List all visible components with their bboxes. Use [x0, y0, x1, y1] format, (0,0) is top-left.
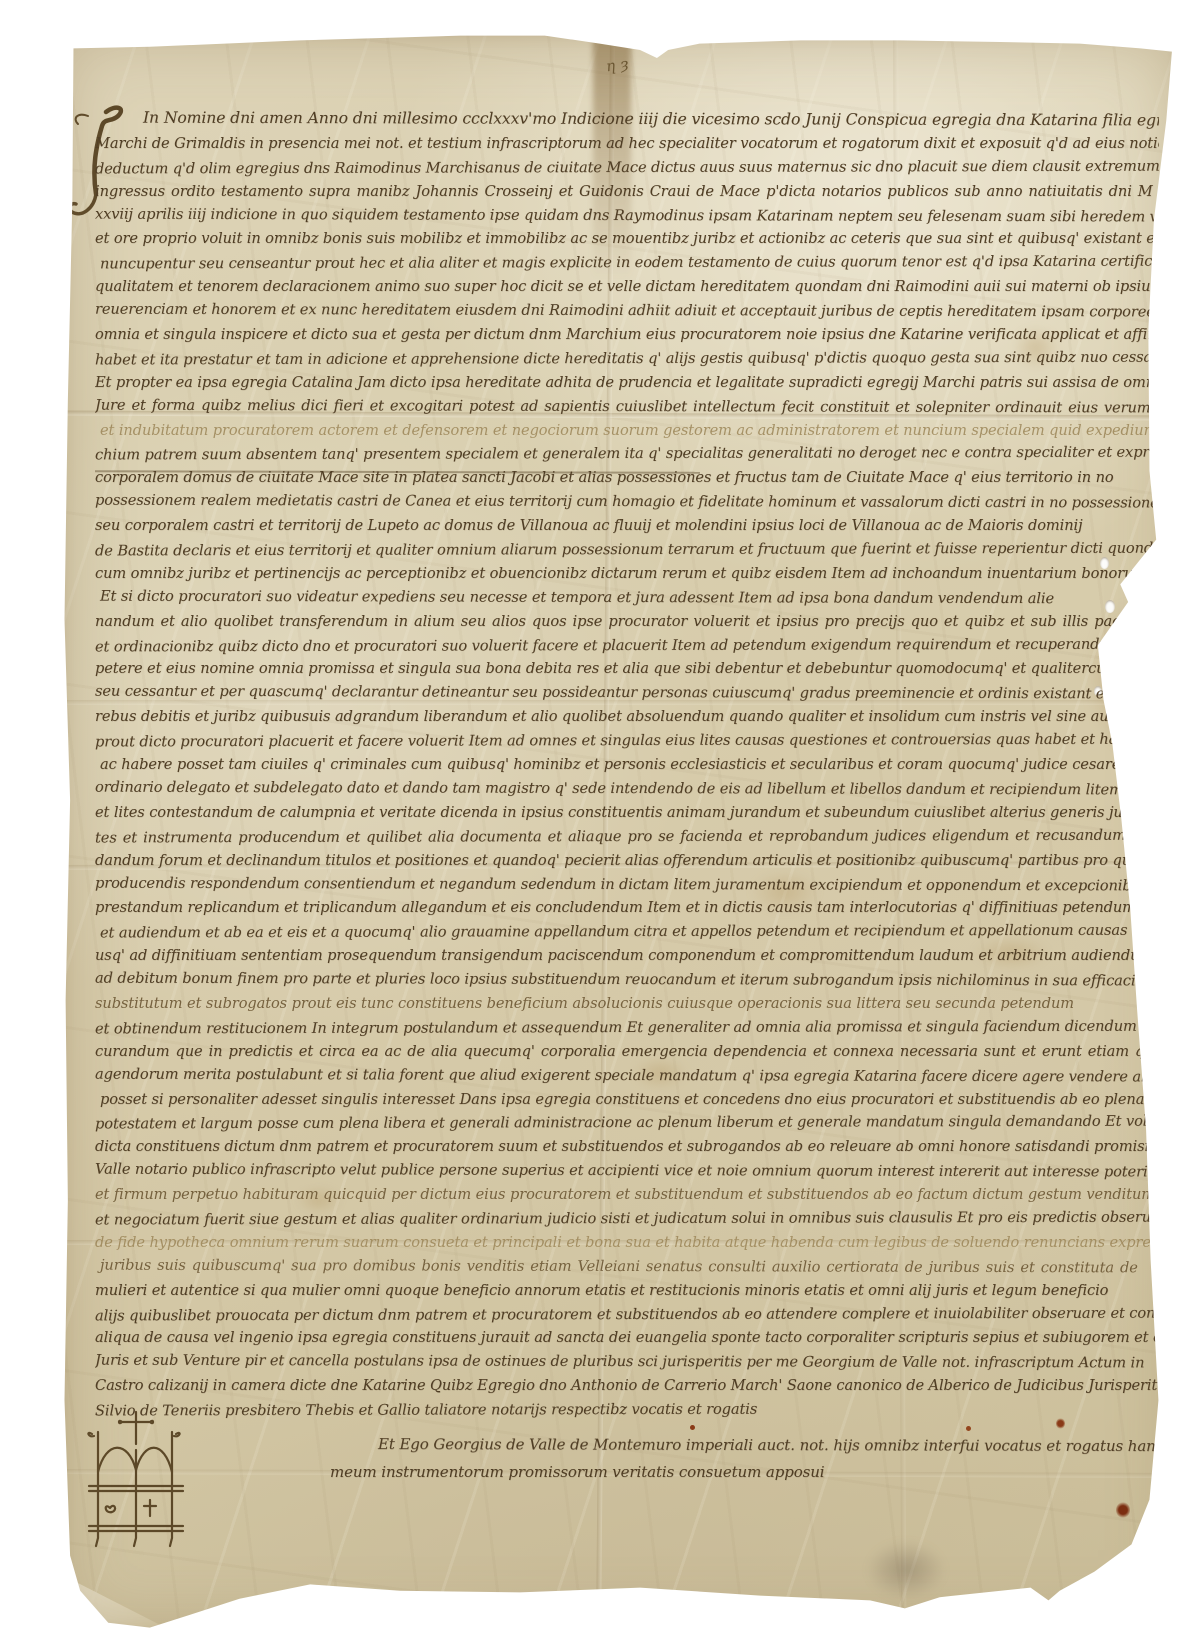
signum-left-arch: [98, 1448, 136, 1472]
manuscript-line-8: qualitatem et tenorem declaracionem anim…: [95, 275, 1159, 299]
manuscript-text-block: In Nomine dni amen Anno dni millesimo cc…: [95, 108, 1159, 1422]
signum-right-post: [170, 1432, 172, 1546]
signum-cross-bar: [119, 1421, 153, 1423]
manuscript-line-38: substitutum et subrogatos prout eis tunc…: [95, 992, 1159, 1016]
signum-left-post: [96, 1432, 98, 1546]
manuscript-line-6: et ore proprio voluit in omnibz bonis su…: [95, 227, 1159, 251]
photo-background: { "document": { "kind_label": "Medieval …: [0, 0, 1200, 1641]
manuscript-line-51: alijs quibuslibet prouocata per dictum d…: [95, 1301, 1159, 1328]
manuscript-line-22: nandum et alio quolibet transferendum in…: [95, 610, 1159, 634]
manuscript-line-31: tes et instrumenta producendum et quilib…: [95, 823, 1159, 850]
manuscript-line-36: usq' ad diffinitiuam sententiam proseque…: [95, 944, 1159, 968]
manuscript-line-27: prout dicto procuratori placuerit et fac…: [95, 728, 1159, 755]
manuscript-line-17: possessionem realem medietatis castri de…: [95, 489, 1159, 516]
manuscript-line-5: xxviij aprilis iiij indicione in quo siq…: [95, 202, 1159, 229]
manuscript-line-40: curandum que in predictis et circa ea ac…: [95, 1040, 1159, 1064]
signum-left-flag: [88, 1433, 94, 1436]
red-dot: [966, 1426, 971, 1431]
manuscript-line-44: dicta constituens dictum dnm patrem et p…: [95, 1135, 1159, 1159]
manuscript-line-32: dandum forum et declinandum titulos et p…: [95, 849, 1159, 873]
manuscript-line-43: potestatem et largum posse cum plena lib…: [95, 1110, 1159, 1137]
manuscript-line-35: et audiendum et ab ea et eis et a quocum…: [100, 919, 1159, 946]
manuscript-line-26: rebus debitis et juribz quibusuis adgran…: [95, 705, 1159, 729]
manuscript-line-14: et indubitatum procuratorem actorem et d…: [100, 419, 1159, 443]
notary-subscription: Et Ego Georgius de Valle de Montemuro im…: [330, 1432, 1090, 1485]
signum-compartment-loop: [106, 1506, 115, 1512]
manuscript-line-30: et lites contestandum de calumpnia et ve…: [95, 801, 1159, 825]
subscription-line-2: meum instrumentorum promissorum veritati…: [330, 1459, 1090, 1486]
manuscript-line-11: habet et ita prestatur et tam in adicion…: [95, 346, 1159, 373]
signum-compartment-cross: [144, 1500, 156, 1516]
manuscript-line-13: Jure et forma quibz melius dici fieri et…: [95, 393, 1159, 420]
manuscript-line-28: ac habere posset tam ciuiles q' criminal…: [100, 753, 1159, 777]
manuscript-line-19: de Bastita declaris et eius territorij e…: [95, 537, 1159, 564]
manuscript-line-7: nuncupentur seu censeantur prout hec et …: [100, 250, 1159, 277]
red-dot: [690, 1425, 695, 1430]
corner-fold: [62, 1548, 174, 1632]
manuscript-line-52: aliqua de causa vel ingenio ipsa egregia…: [95, 1326, 1159, 1350]
manuscript-line-24: petere et eius nomine omnia promissa et …: [95, 657, 1159, 681]
notarial-signum: [84, 1410, 188, 1554]
manuscript-line-16: corporalem domus de ciuitate Mace site i…: [95, 466, 1159, 490]
parchment-sheet: ƞ ȝ In Nomine dni amen Anno dni millesim…: [60, 34, 1182, 1634]
manuscript-line-54: Castro calizanij in camera dicte dne Kat…: [95, 1374, 1159, 1398]
manuscript-line-42: posset si personaliter adesset singulis …: [100, 1088, 1159, 1112]
manuscript-line-18: seu corporalem castri et territorij de L…: [95, 514, 1159, 538]
manuscript-line-41: agendorum merita postulabunt et si talia…: [95, 1062, 1159, 1089]
manuscript-line-12: Et propter ea ipsa egregia Catalina Jam …: [95, 371, 1159, 395]
manuscript-line-47: et negociatum fuerit siue gestum et alia…: [95, 1206, 1159, 1233]
manuscript-line-50: mulieri et autentice si qua mulier omni …: [95, 1279, 1159, 1303]
manuscript-line-10: omnia et singula inspicere et dicto sua …: [95, 323, 1159, 347]
manuscript-line-21: Et si dicto procuratori suo videatur exp…: [100, 584, 1159, 611]
manuscript-line-53: Juris et sub Venture pir et cancella pos…: [95, 1349, 1159, 1376]
signum-right-flag: [174, 1433, 180, 1436]
manuscript-line-55: Silvio de Teneriis presbitero Thebis et …: [95, 1397, 1159, 1422]
manuscript-line-9: reuerenciam et honorem et ex nunc heredi…: [95, 298, 1159, 325]
manuscript-line-3: deductum q'd olim egregius dns Raimodinu…: [95, 154, 1159, 181]
manuscript-line-15: chium patrem suum absentem tanq' present…: [95, 441, 1159, 468]
manuscript-line-2: Marchi de Grimaldis in presencia mei not…: [95, 132, 1159, 156]
manuscript-line-34: prestandum replicandum et triplicandum a…: [95, 896, 1159, 920]
manuscript-line-25: seu cessantur et per quascumq' declarant…: [95, 680, 1159, 707]
manuscript-line-20: cum omnibz juribz et pertinencijs ac per…: [95, 562, 1159, 586]
manuscript-line-46: et firmum perpetuo habituram quicquid pe…: [95, 1183, 1159, 1207]
manuscript-line-48: de fide hypotheca omnium rerum suarum co…: [95, 1231, 1159, 1255]
red-wax-spot: [1116, 1502, 1130, 1518]
initial-flourish: [76, 115, 88, 124]
manuscript-line-45: Valle notario publico infrascripto velut…: [95, 1158, 1159, 1185]
initial-tail: [70, 194, 96, 214]
subscription-line-1: Et Ego Georgius de Valle de Montemuro im…: [378, 1431, 1090, 1459]
manuscript-line-33: producendis respondendum consentiendum e…: [95, 871, 1159, 898]
signum-right-arch: [136, 1448, 172, 1472]
smudge-stain: [866, 1540, 946, 1600]
manuscript-line-1: In Nomine dni amen Anno dni millesimo cc…: [143, 108, 1159, 133]
manuscript-line-49: juribus suis quibuscumq' sua pro domibus…: [100, 1253, 1159, 1280]
manuscript-line-37: ad debitum bonum finem pro parte et plur…: [95, 967, 1159, 994]
manuscript-line-4: ingressus ordito testamento supra manibz…: [95, 180, 1159, 204]
manuscript-line-39: et obtinendum restitucionem In integrum …: [95, 1014, 1159, 1041]
manuscript-line-23: et ordinacionibz quibz dicto dno et proc…: [95, 632, 1159, 659]
top-margin-ink-marks: ƞ ȝ: [605, 55, 630, 76]
manuscript-line-29: ordinario delegato et subdelegato dato e…: [95, 776, 1159, 803]
